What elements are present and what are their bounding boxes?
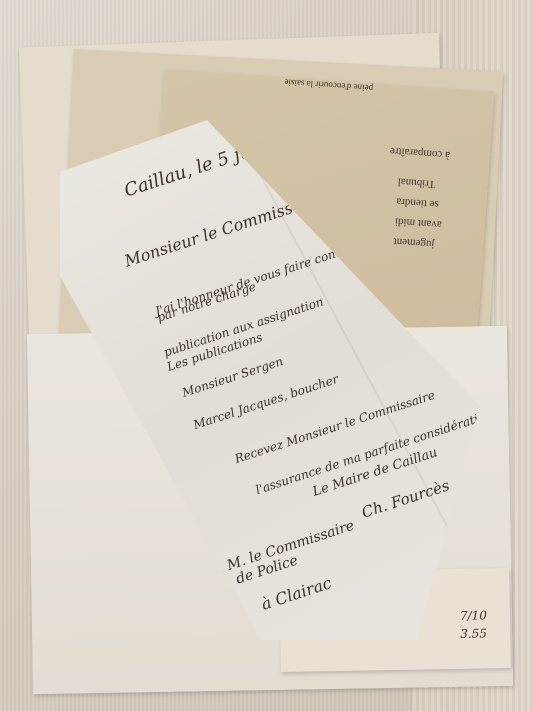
printed-line: avant midi [395, 215, 442, 230]
printed-line: se tiendra [396, 195, 439, 210]
photo-scene: à comparaître Tribunal se tiendra avant … [0, 0, 533, 711]
printed-line: jugement [393, 235, 435, 250]
figure: 3.55 [460, 626, 487, 640]
printed-line: à comparaître [389, 145, 450, 161]
address-line: à Clairac [259, 573, 334, 614]
printed-line: Tribunal [397, 176, 435, 191]
signature: Ch. Fourcès [359, 476, 451, 521]
figure: 7/10 [460, 608, 487, 622]
